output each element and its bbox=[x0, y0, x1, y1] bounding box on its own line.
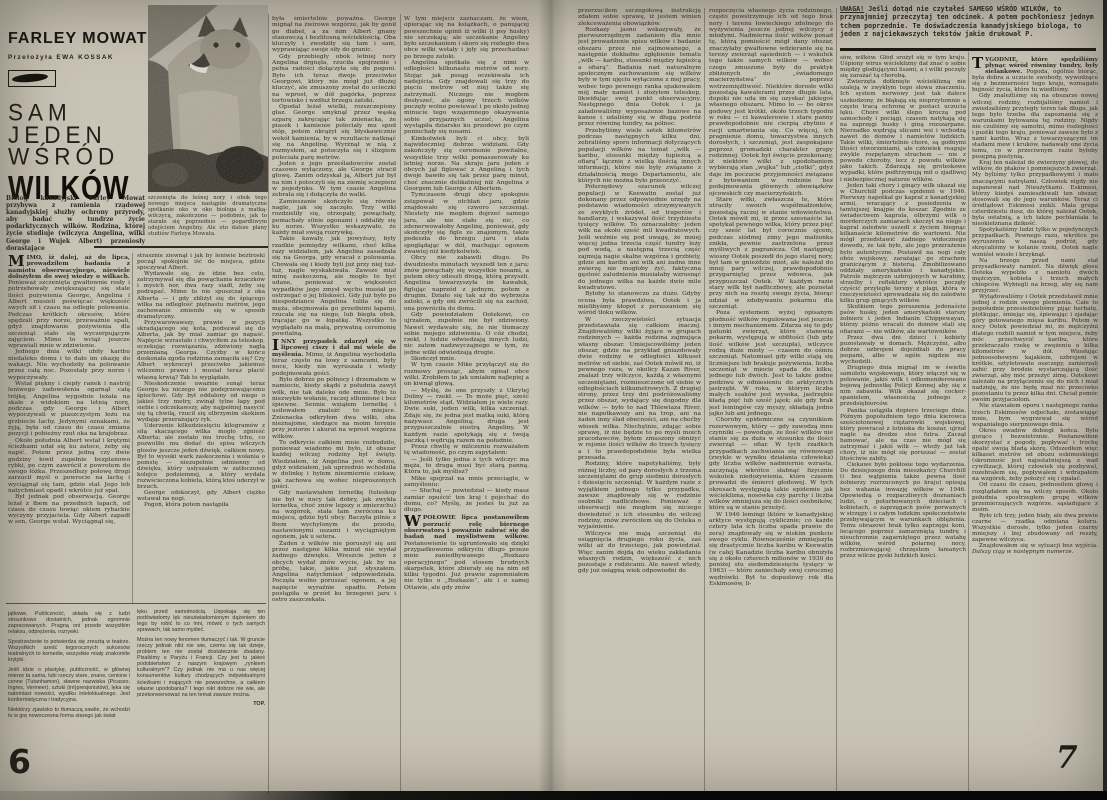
section-text: Postanowienie to ugruntowało się dzięki … bbox=[404, 541, 529, 591]
paragraph: Niektórzy zjawisko to tłumaczą zawile, ż… bbox=[8, 707, 130, 719]
paragraph: Rozkazy jasno wskazywały, że pierwszorzę… bbox=[578, 27, 701, 128]
paragraph: Gdy nastawiałem lornetkę (teleskop nie b… bbox=[272, 490, 396, 540]
paragraph: Tymczasem drugi obcy spokojnie zstępował… bbox=[404, 192, 529, 255]
article-title-upper: SAM JEDEN WŚRÓD bbox=[8, 102, 148, 168]
paragraph-group: Było dobrze po północy i drzemałem w nam… bbox=[272, 377, 396, 604]
paragraph: Wydawało się, że idzie bez celu, zatrzym… bbox=[137, 271, 265, 320]
paragraph: Mike spojrzał na mnie przeciągle, w zamy… bbox=[404, 476, 529, 489]
paragraph: Było ich trzy, jeden biały, ale dwa praw… bbox=[972, 513, 1098, 543]
paragraph: Wylądowaliśmy i Ootek przedstawił mnie j… bbox=[972, 294, 1098, 403]
paragraph: jątkowe. Publiczność, składa się z ludzi… bbox=[8, 611, 130, 635]
column-rule bbox=[132, 253, 133, 603]
wolf-photo-image bbox=[148, 5, 268, 192]
paragraph: Spotykaliśmy ludzi tylko w pojedynczych … bbox=[972, 227, 1098, 257]
paragraph: Jeśli idzie o plastykę, publiczność, w g… bbox=[8, 667, 130, 704]
paragraph: lęku przed samotnością. Uspokaja się ten… bbox=[137, 609, 265, 633]
paragraph: Gdy powiedziałem Ootekowi, co ujrzałem, … bbox=[404, 312, 529, 356]
column-rule bbox=[704, 8, 705, 794]
column-rule bbox=[268, 14, 269, 794]
paragraph-group: W tym miejscu zaznaczam, że wiem, opiera… bbox=[404, 16, 529, 513]
next-issue-note: Dalszy ciąg w następnym numerze. bbox=[972, 549, 1074, 555]
article-column-8: TYGODNIE, które spędziliśmy płynąc wśród… bbox=[972, 55, 1098, 752]
paragraph: Okres owadów dobiegł końca. Było gorąco … bbox=[972, 428, 1098, 483]
paragraph-group: była śmiertelnie poważna. George mignął … bbox=[272, 16, 396, 337]
page-number-left: 6 bbox=[8, 742, 31, 781]
paragraph: Przez dwa dni dzieci i kobiety pozostawa… bbox=[840, 335, 966, 365]
paragraph-group: lęku przed samotnością. Uspokaja się ten… bbox=[137, 609, 265, 698]
paragraph: Jeden z jego prześladowców został czasow… bbox=[272, 161, 396, 199]
section-text: Ponieważ szczenięta gwałtownie rosły i p… bbox=[8, 280, 130, 349]
paragraph: W rzeczywistości sytuacja przedstawiała … bbox=[578, 317, 701, 462]
page-fold-shadow bbox=[538, 0, 568, 800]
article-column-4: W tym miejscu zaznaczam, że wiem, opiera… bbox=[404, 16, 529, 794]
paragraph-group: Jednego dnia wilki ubiły karibu niedalek… bbox=[8, 349, 130, 525]
paragraph: To odkrycie całkiem mnie rozbudziło, pon… bbox=[272, 440, 396, 490]
translator-credit: Przełożyła EWA KOSSAK bbox=[8, 54, 148, 61]
article-column-5: przerzuciłem szczegółową instrukcję zdał… bbox=[578, 8, 701, 794]
paragraph: Zamieszanie skończyło się równie nagle, … bbox=[272, 199, 396, 237]
paragraph: Wilczyce nie mają szczeniąt do osiągnięc… bbox=[578, 531, 701, 575]
paragraph: Przywarowawszy, prawie w pozycji skradaj… bbox=[137, 320, 265, 381]
paragraph: Zwierzęta dotknięte wścieklizną nie szal… bbox=[840, 79, 966, 182]
notice-label: UWAGA! bbox=[840, 5, 864, 13]
paragraph: Można ten nowy fenomen tłumaczyć i tak. … bbox=[137, 637, 265, 698]
paragraph: Choroby epidemiczne są czynnikiem rezerw… bbox=[709, 417, 833, 511]
paragraph: rozpoczęcia własnego życia rodzinnego, c… bbox=[709, 8, 833, 197]
paragraph: Takie kawały, jak powyższy, były rzadkie… bbox=[272, 236, 396, 337]
sidebar-divider-rule bbox=[6, 603, 266, 604]
paragraph: Stare wilki, zwłaszcza te, które utracił… bbox=[709, 197, 833, 310]
paragraph-group: jątkowe. Publiczność, składa się z ludzi… bbox=[8, 611, 130, 719]
notice-rule bbox=[840, 48, 1096, 51]
paragraph: W POŁOWIE lipca postanowiłem porzucić ro… bbox=[404, 513, 529, 591]
paragraph: Gdy przebiegły obok letniej nory Angelin… bbox=[272, 54, 396, 104]
paragraph: Opodal leżał wielki, rozszczepiony głaz.… bbox=[272, 104, 396, 161]
article-masthead: FARLEY MOWAT Przełożyła EWA KOSSAK SAM J… bbox=[8, 6, 148, 200]
paragraph: — Jeśli tylko jedna z tych wilczyc ma mę… bbox=[404, 457, 529, 476]
sidebar-column-2: lęku przed samotnością. Uspokaja się ten… bbox=[137, 609, 265, 792]
article-column-3: była śmiertelnie poważna. George mignął … bbox=[272, 16, 396, 794]
page-number-right: 7 bbox=[1056, 740, 1078, 776]
paragraph: MIMO, iż dalej, aż do lipca, prowadziłem… bbox=[8, 253, 130, 349]
article-column-6: rozpoczęcia własnego życia rodzinnego, c… bbox=[709, 8, 833, 794]
notice-text: Jeśli dotąd nie czytałeś SAMEGO WŚRÓD WI… bbox=[840, 5, 1094, 38]
paragraph-group: sów, wilków. Głód srożył się w tym kraju… bbox=[840, 55, 966, 559]
paragraph-group: przerzuciłem szczegółową instrukcję zdał… bbox=[578, 8, 701, 575]
article-column-2: strasznie ziewnął i jak by leniwie beztr… bbox=[137, 253, 265, 597]
paragraph: sów, wilków. Głód srożył się w tym kraju… bbox=[840, 55, 966, 79]
wolf-photo bbox=[148, 5, 268, 192]
paragraph: Spostrzeżenie to potwierdza się zresztą … bbox=[8, 639, 130, 663]
paragraph: Nie stawiałem oporu i następnego ranka t… bbox=[972, 403, 1098, 427]
paragraph: Przebyliśmy wiele setek kilometrów podcz… bbox=[578, 128, 701, 185]
closing-paragraph: Znajdowałem się w sytuacji bez wyjścia. … bbox=[972, 543, 1098, 555]
paragraph: George odskoczył, gdy Albert ciężko wsta… bbox=[137, 490, 265, 502]
paragraph: Półurzędowy szacunek wilczej populacji w… bbox=[578, 184, 701, 291]
paragraph: Ciekawe było pokłosie tego wydarzenia. D… bbox=[840, 462, 966, 559]
magazine-spread-scan: FARLEY MOWAT Przełożyła EWA KOSSAK SAM J… bbox=[0, 0, 1107, 800]
article-column-1: MIMO, iż dalej, aż do lipca, prowadziłem… bbox=[8, 253, 130, 601]
scan-edge-bottom bbox=[0, 791, 1107, 800]
paragraph: Drugiego dnia mignął im w świetle samolo… bbox=[840, 365, 966, 408]
column-rule bbox=[968, 52, 969, 792]
sidebar-column-1: jątkowe. Publiczność, składa się z ludzi… bbox=[8, 611, 130, 739]
paragraph: Kraj ten należał do zwierzyny płowej, do… bbox=[972, 160, 1098, 227]
paragraph: strasznie ziewnął i jak by leniwie beztr… bbox=[137, 253, 265, 271]
paragraph: Angelina spotkała się z nimi w odległośc… bbox=[404, 60, 529, 136]
section-lead: W POŁOWIE lipca postanowiłem porzucić ro… bbox=[404, 514, 529, 540]
paragraph: Na brzegu przed nami stał przysadkowaty … bbox=[972, 258, 1098, 294]
column-rule bbox=[836, 8, 837, 794]
series-logo bbox=[8, 70, 56, 87]
paragraph: Gdy znaleźliśmy się na obszarze nowej wi… bbox=[972, 93, 1098, 160]
paragraph-group: Gdy znaleźliśmy się na obszarze nowej wi… bbox=[972, 93, 1098, 543]
editor-notice: UWAGA! Jeśli dotąd nie czytałeś SAMEGO W… bbox=[840, 5, 1099, 38]
intro-divider-rule bbox=[94, 246, 268, 248]
paragraph-group: strasznie ziewnął i jak by leniwie beztr… bbox=[137, 253, 265, 508]
scan-edge-right bbox=[1103, 0, 1107, 800]
paragraph: Żaden z wilków nie poruszył się ani prze… bbox=[272, 541, 396, 604]
paragraph: W tym czasie Mike przyłączył się do rozm… bbox=[404, 362, 529, 387]
paragraph: Byłoby to stanowczo za dużo. Gdyby ocena… bbox=[578, 291, 701, 316]
paragraph: Wstał piękny i ciepły ranek i nastrój le… bbox=[8, 381, 130, 438]
author-name: FARLEY MOWAT bbox=[8, 30, 148, 48]
paragraph: — Słuchaj — powiedział — kiedy masz zami… bbox=[404, 488, 529, 513]
article-column-7: sów, wilków. Głód srożył się w tym kraju… bbox=[840, 55, 966, 792]
paragraph: Jednego dnia wilki ubiły karibu niedalek… bbox=[8, 349, 130, 380]
paragraph: Rodziny, które napotykaliśmy, były różne… bbox=[578, 461, 701, 530]
paragraph: Było dobrze po północy i drzemałem w nam… bbox=[272, 377, 396, 440]
paragraph: — Myślę, że one przyszły z Ukrytej Dolin… bbox=[404, 388, 529, 445]
paragraph: Przez chwilę w milczeniu rozważałem tę w… bbox=[404, 444, 529, 457]
paragraph: Około południa Albert wstał i krętymi śc… bbox=[8, 438, 130, 495]
column-rule bbox=[400, 14, 401, 794]
paragraph: W 1946 lemingi (które w kanadyjskiej ark… bbox=[709, 512, 833, 588]
paragraph: INNY przypadek zdarzył się w lipcowej ci… bbox=[272, 337, 396, 377]
paragraph: Nieskończenie uważnie sunął teraz George… bbox=[137, 381, 265, 424]
paragraph: W tym miejscu zaznaczam, że wiem, opiera… bbox=[404, 16, 529, 60]
paragraph: Uderzenie kilkudziesięciu kilogramów z s… bbox=[137, 423, 265, 490]
sidebar-signature: TOP. bbox=[137, 701, 265, 707]
paragraph: była śmiertelnie poważna. George mignął … bbox=[272, 16, 396, 54]
paragraph: Był jednak pod obserwacją. George leżał … bbox=[8, 494, 130, 525]
paragraph: Kimkolwiek byli ci obcy, byli najwidoczn… bbox=[404, 136, 529, 193]
paragraph: Obcy nie zabawili długo. Po dwudziestu m… bbox=[404, 255, 529, 312]
paragraph: Poza systemem wyżej opisanym płodność wi… bbox=[709, 310, 833, 417]
paragraph-group: rozpoczęcia własnego życia rodzinnego, c… bbox=[709, 8, 833, 587]
article-intro: Biolog kanadyjski Farley Mowat przybywa … bbox=[6, 195, 145, 252]
paragraph: TYGODNIE, które spędziliśmy płynąc wśród… bbox=[972, 55, 1098, 93]
paragraph: Pogoń, która potem nastąpiła bbox=[137, 502, 265, 508]
section-lead: MIMO, iż dalej, aż do lipca, prowadziłem… bbox=[8, 254, 130, 280]
paragraph: Od czasu do czasu, podnosiłem głowę i ro… bbox=[972, 482, 1098, 512]
photo-caption: szczenięta do leśnej nory i obok tego no… bbox=[148, 196, 267, 238]
paragraph: Jeden taki chory i ginący wilk ukazał si… bbox=[840, 183, 966, 305]
logo-blob-icon bbox=[12, 72, 49, 83]
paragraph: przerzuciłem szczegółową instrukcję zdał… bbox=[578, 8, 701, 27]
paragraph: Panika ustąpiła dopiero trzeciego dnia. … bbox=[840, 408, 966, 463]
paragraph: Skutkiem tego poruszenia jedenaście psów… bbox=[840, 304, 966, 334]
